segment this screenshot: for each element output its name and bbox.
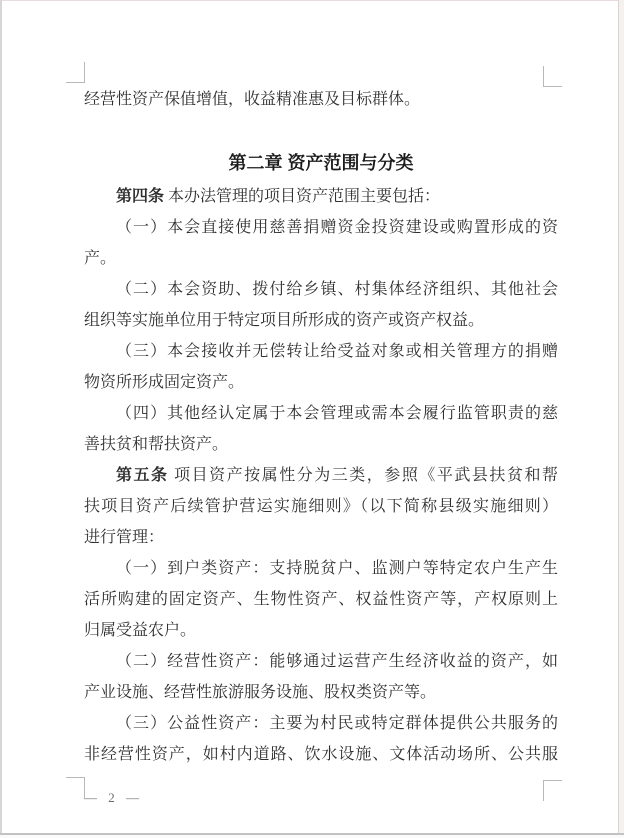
text-segment: 产。 [84, 250, 116, 267]
text-line: （一）到户类资产：支持脱贫户、监测户等特定农户生产生 [84, 553, 558, 584]
text-line: 物资所形成固定资产。 [84, 367, 558, 398]
text-segment: 归属受益农户。 [84, 622, 196, 639]
text-line: （一）本会直接使用慈善捐赠资金投资建设或购置形成的资 [84, 212, 558, 243]
page-edge-left [0, 0, 2, 838]
text-segment: 扶项目资产后续管护营运实施细则》（以下简称县级实施细则） [84, 498, 558, 515]
text-segment: 项目资产按属性分为三类，参照《平武县扶贫和帮 [169, 467, 558, 484]
text-line: （四）其他经认定属于本会管理或需本会履行监管职责的慈 [84, 398, 558, 429]
article-number: 第五条 [116, 467, 169, 484]
text-line: 归属受益农户。 [84, 615, 558, 646]
page-edge-top [0, 0, 624, 1]
text-segment: （一）本会直接使用慈善捐赠资金投资建设或购置形成的资 [116, 219, 558, 236]
text-boundary-mark-bottom-left [66, 777, 85, 798]
text-line: （三）公益性资产：主要为村民或特定群体提供公共服务的 [84, 708, 558, 739]
text-segment: 进行管理： [84, 529, 164, 546]
text-line: （三）本会接收并无偿转让给受益对象或相关管理方的捐赠 [84, 336, 558, 367]
text-line: 经营性资产保值增值，收益精准惠及目标群体。 [84, 84, 558, 115]
document-page: { "page": { "number_label": "— 2 —" }, "… [0, 0, 624, 838]
text-line: 第四条 本办法管理的项目资产范围主要包括： [84, 181, 558, 212]
page-edge-right [618, 0, 619, 838]
text-boundary-mark-bottom-right [543, 780, 562, 801]
document-body: 经营性资产保值增值，收益精准惠及目标群体。第二章 资产范围与分类第四条 本办法管… [84, 84, 558, 770]
page-edge-right-band [619, 0, 624, 838]
blank-line [84, 115, 558, 146]
text-line: 产业设施、经营性旅游服务设施、股权类资产等。 [84, 677, 558, 708]
text-segment: （二）经营性资产：能够通过运营产生经济收益的资产，如 [116, 653, 558, 670]
text-line: 第五条 项目资产按属性分为三类，参照《平武县扶贫和帮 [84, 460, 558, 491]
text-line: 产。 [84, 243, 558, 274]
text-boundary-mark-top-left [66, 62, 85, 83]
text-segment: （四）其他经认定属于本会管理或需本会履行监管职责的慈 [116, 405, 558, 422]
text-line: 非经营性资产，如村内道路、饮水设施、文体活动场所、公共服 [84, 739, 558, 770]
text-segment: 善扶贫和帮扶资产。 [84, 436, 228, 453]
text-line: 进行管理： [84, 522, 558, 553]
article-number: 第四条 [116, 188, 164, 205]
text-line: 善扶贫和帮扶资产。 [84, 429, 558, 460]
text-segment: 产业设施、经营性旅游服务设施、股权类资产等。 [84, 684, 436, 701]
text-segment: 组织等实施单位用于特定项目所形成的资产或资产权益。 [84, 312, 484, 329]
text-line: 扶项目资产后续管护营运实施细则》（以下简称县级实施细则） [84, 491, 558, 522]
text-line: 活所购建的固定资产、生物性资产、权益性资产等，产权原则上 [84, 584, 558, 615]
text-segment: （三）公益性资产：主要为村民或特定群体提供公共服务的 [116, 715, 558, 732]
text-segment: （三）本会接收并无偿转让给受益对象或相关管理方的捐赠 [116, 343, 558, 360]
text-segment: 经营性资产保值增值，收益精准惠及目标群体。 [84, 91, 420, 108]
text-segment: 活所购建的固定资产、生物性资产、权益性资产等，产权原则上 [84, 591, 558, 608]
chapter-heading: 第二章 资产范围与分类 [84, 146, 558, 181]
text-segment: （二）本会资助、拨付给乡镇、村集体经济组织、其他社会 [116, 281, 558, 298]
text-line: （二）本会资助、拨付给乡镇、村集体经济组织、其他社会 [84, 274, 558, 305]
text-segment: 物资所形成固定资产。 [84, 374, 244, 391]
text-segment: （一）到户类资产：支持脱贫户、监测户等特定农户生产生 [116, 560, 558, 577]
text-segment: 非经营性资产，如村内道路、饮水设施、文体活动场所、公共服 [84, 746, 558, 763]
text-segment: 本办法管理的项目资产范围主要包括： [164, 188, 440, 205]
page-number: — 2 — [84, 791, 143, 805]
text-line: 组织等实施单位用于特定项目所形成的资产或资产权益。 [84, 305, 558, 336]
text-line: （二）经营性资产：能够通过运营产生经济收益的资产，如 [84, 646, 558, 677]
